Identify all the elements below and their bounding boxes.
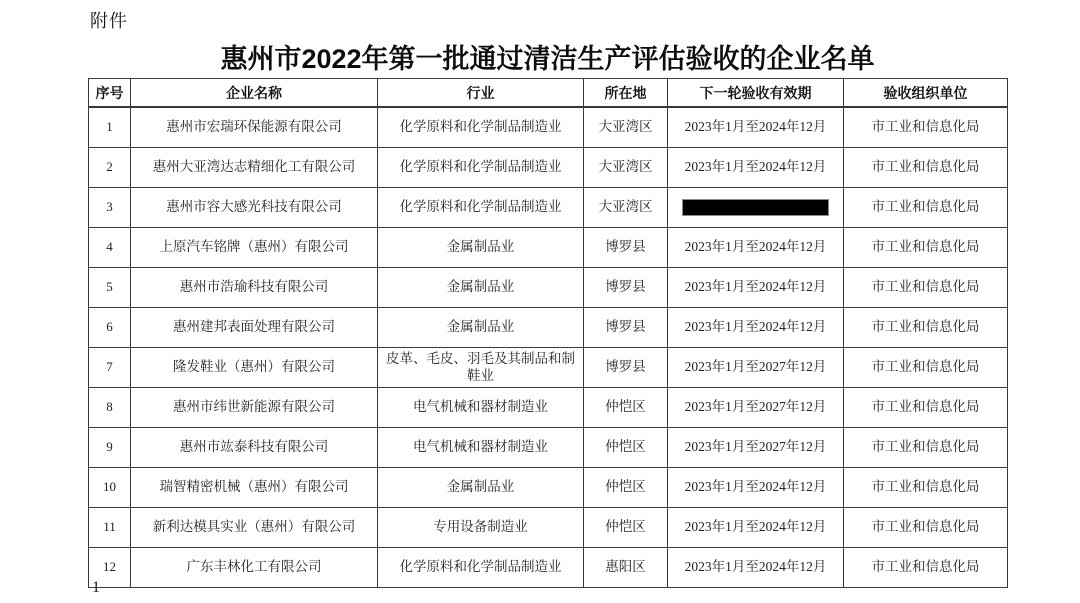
period-cell: 2023年1月至2024年12月 xyxy=(668,468,844,508)
company-cell: 惠州市纬世新能源有限公司 xyxy=(131,388,378,428)
location-cell: 大亚湾区 xyxy=(584,148,668,188)
table-row: 3 惠州市容大感光科技有限公司 化学原料和化学制品制造业 大亚湾区 市工业和信息… xyxy=(89,188,1008,228)
table-row: 11 新利达模具实业（惠州）有限公司 专用设备制造业 仲恺区 2023年1月至2… xyxy=(89,508,1008,548)
organizer-cell: 市工业和信息化局 xyxy=(844,268,1008,308)
location-cell: 博罗县 xyxy=(584,228,668,268)
period-cell: 2023年1月至2024年12月 xyxy=(668,548,844,588)
seq-cell: 9 xyxy=(89,428,131,468)
table-row: 5 惠州市浩瑜科技有限公司 金属制品业 博罗县 2023年1月至2024年12月… xyxy=(89,268,1008,308)
organizer-cell: 市工业和信息化局 xyxy=(844,548,1008,588)
organizer-cell: 市工业和信息化局 xyxy=(844,428,1008,468)
period-cell: 2023年1月至2024年12月 xyxy=(668,508,844,548)
period-cell: 2023年1月至2024年12月 xyxy=(668,148,844,188)
header-period: 下一轮验收有效期 xyxy=(668,79,844,108)
document-title: 惠州市2022年第一批通过清洁生产评估验收的企业名单 xyxy=(88,37,1007,76)
attachment-label: 附件 xyxy=(90,7,128,33)
header-company: 企业名称 xyxy=(131,79,378,108)
location-cell: 大亚湾区 xyxy=(584,107,668,148)
header-industry: 行业 xyxy=(378,79,584,108)
seq-cell: 10 xyxy=(89,468,131,508)
location-cell: 惠阳区 xyxy=(584,548,668,588)
organizer-cell: 市工业和信息化局 xyxy=(844,308,1008,348)
organizer-cell: 市工业和信息化局 xyxy=(844,348,1008,388)
company-cell: 惠州建邦表面处理有限公司 xyxy=(131,308,378,348)
table-row: 10 瑞智精密机械（惠州）有限公司 金属制品业 仲恺区 2023年1月至2024… xyxy=(89,468,1008,508)
seq-cell: 7 xyxy=(89,348,131,388)
industry-cell: 金属制品业 xyxy=(378,468,584,508)
period-cell: 2023年1月至2027年12月 xyxy=(668,348,844,388)
industry-cell: 化学原料和化学制品制造业 xyxy=(378,548,584,588)
table-row: 6 惠州建邦表面处理有限公司 金属制品业 博罗县 2023年1月至2024年12… xyxy=(89,308,1008,348)
company-cell: 隆发鞋业（惠州）有限公司 xyxy=(131,348,378,388)
table-row: 8 惠州市纬世新能源有限公司 电气机械和器材制造业 仲恺区 2023年1月至20… xyxy=(89,388,1008,428)
organizer-cell: 市工业和信息化局 xyxy=(844,188,1008,228)
seq-cell: 11 xyxy=(89,508,131,548)
header-location: 所在地 xyxy=(584,79,668,108)
header-organizer: 验收组织单位 xyxy=(844,79,1008,108)
page-number: 1 xyxy=(92,579,100,597)
organizer-cell: 市工业和信息化局 xyxy=(844,228,1008,268)
period-cell: 2023年1月至2027年12月 xyxy=(668,388,844,428)
header-seq: 序号 xyxy=(89,79,131,108)
period-cell: 2023年1月至2024年12月 xyxy=(668,228,844,268)
seq-cell: 4 xyxy=(89,228,131,268)
seq-cell: 3 xyxy=(89,188,131,228)
seq-cell: 6 xyxy=(89,308,131,348)
location-cell: 大亚湾区 xyxy=(584,188,668,228)
industry-cell: 皮革、毛皮、羽毛及其制品和制鞋业 xyxy=(378,348,584,388)
company-cell: 上原汽车铭牌（惠州）有限公司 xyxy=(131,228,378,268)
location-cell: 博罗县 xyxy=(584,268,668,308)
company-cell: 瑞智精密机械（惠州）有限公司 xyxy=(131,468,378,508)
location-cell: 博罗县 xyxy=(584,308,668,348)
company-cell: 惠州市竑泰科技有限公司 xyxy=(131,428,378,468)
industry-cell: 专用设备制造业 xyxy=(378,508,584,548)
table-row: 9 惠州市竑泰科技有限公司 电气机械和器材制造业 仲恺区 2023年1月至202… xyxy=(89,428,1008,468)
period-cell-redacted xyxy=(668,188,844,228)
company-cell: 惠州大亚湾达志精细化工有限公司 xyxy=(131,148,378,188)
organizer-cell: 市工业和信息化局 xyxy=(844,388,1008,428)
industry-cell: 化学原料和化学制品制造业 xyxy=(378,148,584,188)
location-cell: 仲恺区 xyxy=(584,468,668,508)
industry-cell: 电气机械和器材制造业 xyxy=(378,388,584,428)
industry-cell: 化学原料和化学制品制造业 xyxy=(378,107,584,148)
location-cell: 仲恺区 xyxy=(584,388,668,428)
seq-cell: 5 xyxy=(89,268,131,308)
industry-cell: 电气机械和器材制造业 xyxy=(378,428,584,468)
location-cell: 仲恺区 xyxy=(584,508,668,548)
table-header-row: 序号 企业名称 行业 所在地 下一轮验收有效期 验收组织单位 xyxy=(89,79,1008,108)
table-row: 12 广东丰林化工有限公司 化学原料和化学制品制造业 惠阳区 2023年1月至2… xyxy=(89,548,1008,588)
seq-cell: 8 xyxy=(89,388,131,428)
period-cell: 2023年1月至2027年12月 xyxy=(668,428,844,468)
period-cell: 2023年1月至2024年12月 xyxy=(668,308,844,348)
seq-cell: 1 xyxy=(89,107,131,148)
location-cell: 仲恺区 xyxy=(584,428,668,468)
industry-cell: 金属制品业 xyxy=(378,268,584,308)
company-cell: 惠州市浩瑜科技有限公司 xyxy=(131,268,378,308)
table-row: 4 上原汽车铭牌（惠州）有限公司 金属制品业 博罗县 2023年1月至2024年… xyxy=(89,228,1008,268)
company-cell: 新利达模具实业（惠州）有限公司 xyxy=(131,508,378,548)
industry-cell: 金属制品业 xyxy=(378,308,584,348)
organizer-cell: 市工业和信息化局 xyxy=(844,468,1008,508)
industry-cell: 金属制品业 xyxy=(378,228,584,268)
location-cell: 博罗县 xyxy=(584,348,668,388)
company-cell: 广东丰林化工有限公司 xyxy=(131,548,378,588)
company-cell: 惠州市宏瑞环保能源有限公司 xyxy=(131,107,378,148)
enterprise-table: 序号 企业名称 行业 所在地 下一轮验收有效期 验收组织单位 1 惠州市宏瑞环保… xyxy=(88,78,1008,588)
table-row: 1 惠州市宏瑞环保能源有限公司 化学原料和化学制品制造业 大亚湾区 2023年1… xyxy=(89,107,1008,148)
seq-cell: 2 xyxy=(89,148,131,188)
industry-cell: 化学原料和化学制品制造业 xyxy=(378,188,584,228)
period-cell: 2023年1月至2024年12月 xyxy=(668,107,844,148)
organizer-cell: 市工业和信息化局 xyxy=(844,148,1008,188)
table-row: 2 惠州大亚湾达志精细化工有限公司 化学原料和化学制品制造业 大亚湾区 2023… xyxy=(89,148,1008,188)
company-cell: 惠州市容大感光科技有限公司 xyxy=(131,188,378,228)
organizer-cell: 市工业和信息化局 xyxy=(844,508,1008,548)
redacted-period-bar xyxy=(682,199,829,216)
table-row: 7 隆发鞋业（惠州）有限公司 皮革、毛皮、羽毛及其制品和制鞋业 博罗县 2023… xyxy=(89,348,1008,388)
period-cell: 2023年1月至2024年12月 xyxy=(668,268,844,308)
organizer-cell: 市工业和信息化局 xyxy=(844,107,1008,148)
